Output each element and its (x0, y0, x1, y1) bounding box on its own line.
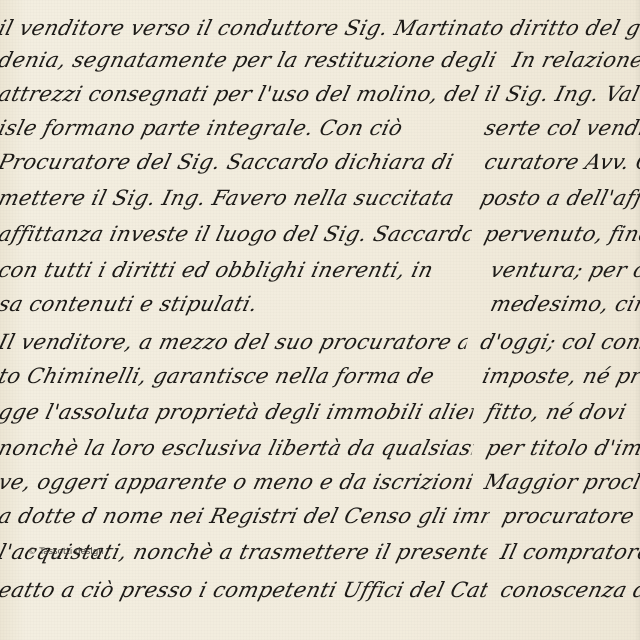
script-line-left: nonchè la loro esclusiva libertà da qual… (0, 436, 476, 460)
script-line-right: fitto, né dovi (484, 400, 629, 424)
script-line-right: curatore Avv. Ch (482, 150, 640, 174)
script-line-left: sa contenuti e stipulati. (0, 292, 260, 316)
script-line-left: affittanza investe il luogo del Sig. Sac… (0, 222, 474, 246)
script-line-right: d'oggi; col conseg (478, 330, 640, 354)
script-line-right: Maggior proclim (482, 470, 640, 494)
script-line-right: per titolo d'impo (484, 436, 640, 460)
script-line-left: Il venditore, a mezzo del suo procurator… (0, 330, 470, 354)
script-line-right: imposte, né pr (480, 364, 640, 388)
script-line-right: pervenuto, fino (482, 222, 640, 246)
script-line-left: Procuratore del Sig. Saccardo dichiara d… (0, 150, 456, 174)
script-line-right: In relazione (510, 48, 640, 72)
script-line-left: ve, oggeri apparente o meno e da iscrizi… (0, 470, 474, 494)
script-line-left: con tutti i diritti ed obblighi inerenti… (0, 258, 436, 282)
script-line-left: denia, segnatamente per la restituzione … (0, 48, 502, 72)
script-line-left: gge l'assoluta proprietà degli immobili … (0, 400, 476, 424)
script-line-right: posto a dell'affitt (478, 186, 640, 210)
script-line-right: conoscenza del (498, 578, 640, 602)
script-line-right: serte col venditore (482, 116, 640, 140)
script-line-right: medesimo, circ (488, 292, 640, 316)
script-line-left: eatto a ciò presso i competenti Uffici d… (0, 578, 490, 602)
script-line-right: Il compratore (498, 540, 640, 564)
script-line-left: mettere il Sig. Ing. Favero nella succit… (0, 186, 457, 210)
paper-edge-shadow (634, 0, 640, 640)
script-line-right: ventura; per conv (488, 258, 640, 282)
copyright-watermark: © Tassotti design (28, 547, 104, 557)
script-line-left: attrezzi consegnati per l'uso del molino… (0, 82, 640, 106)
script-line-left: a dotte d nome nei Registri del Censo gl… (0, 504, 492, 528)
script-line-left: il venditore verso il conduttore Sig. Ma… (0, 16, 640, 40)
script-line-right: procuratore (500, 504, 637, 528)
script-line-left: isle formano parte integrale. Con ciò (0, 116, 405, 140)
script-line-left: to Chiminelli, garantisce nella forma de (0, 364, 437, 388)
